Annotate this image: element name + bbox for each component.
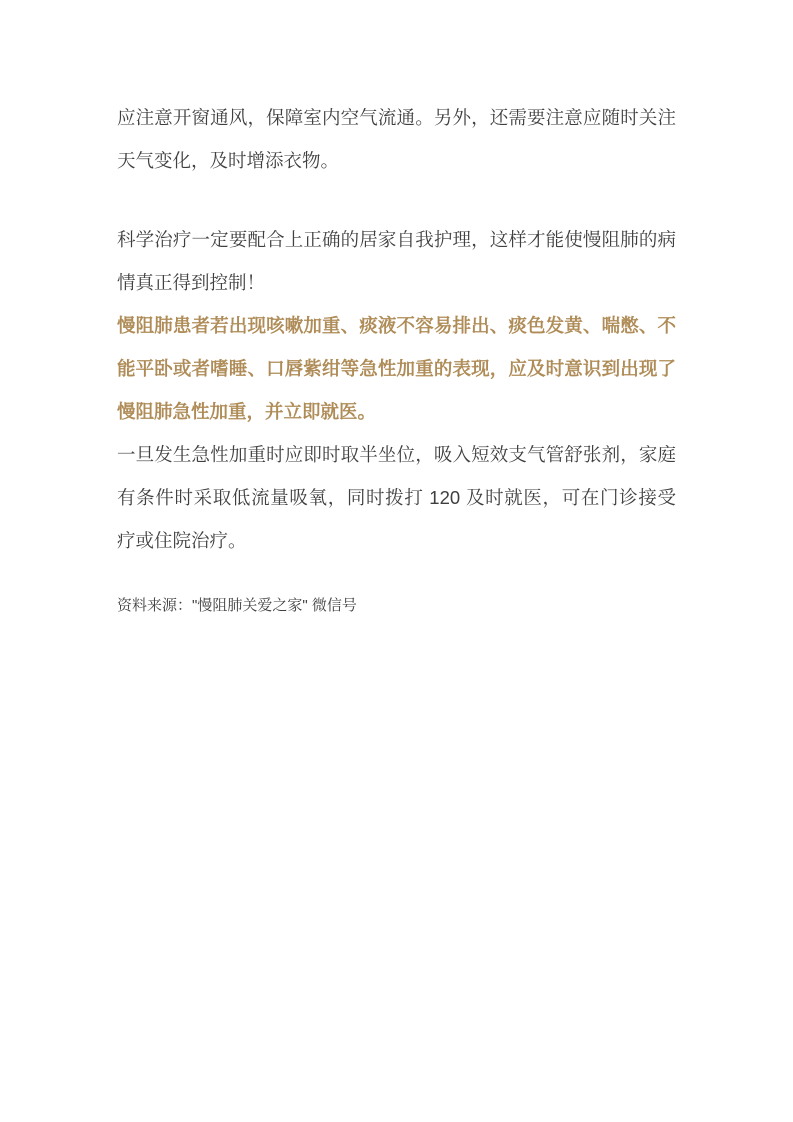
- text-line: 慢阻肺患者若出现咳嗽加重、痰液不容易排出、痰色发黄、喘憋、不: [117, 304, 676, 347]
- text-line: 疗或住院治疗。: [117, 519, 676, 562]
- article-body: 应注意开窗通风，保障室内空气流通。另外，还需要注意应随时关注 天气变化，及时增添…: [117, 96, 676, 617]
- paragraph-emergency-measures: 一旦发生急性加重时应即时取半坐位，吸入短效支气管舒张剂，家庭 有条件时采取低流量…: [117, 433, 676, 562]
- text-line: 天气变化，及时增添衣物。: [117, 139, 676, 182]
- paragraph-ventilation: 应注意开窗通风，保障室内空气流通。另外，还需要注意应随时关注 天气变化，及时增添…: [117, 96, 676, 182]
- paragraph-scientific-treatment: 科学治疗一定要配合上正确的居家自我护理，这样才能使慢阻肺的病 情真正得到控制！: [117, 218, 676, 304]
- source-attribution: 资料来源："慢阻肺关爱之家" 微信号: [117, 595, 676, 617]
- text-line: 有条件时采取低流量吸氧，同时拨打 120 及时就医，可在门诊接受治: [117, 476, 676, 519]
- text-line: 情真正得到控制！: [117, 261, 676, 304]
- text-line: 一旦发生急性加重时应即时取半坐位，吸入短效支气管舒张剂，家庭: [117, 433, 676, 476]
- text-line: 能平卧或者嗜睡、口唇紫绀等急性加重的表现，应及时意识到出现了: [117, 347, 676, 390]
- document-page: 应注意开窗通风，保障室内空气流通。另外，还需要注意应随时关注 天气变化，及时增添…: [0, 0, 793, 1122]
- text-line: 慢阻肺急性加重，并立即就医。: [117, 390, 676, 433]
- text-line: 科学治疗一定要配合上正确的居家自我护理，这样才能使慢阻肺的病: [117, 218, 676, 261]
- paragraph-acute-exacerbation-warning: 慢阻肺患者若出现咳嗽加重、痰液不容易排出、痰色发黄、喘憋、不 能平卧或者嗜睡、口…: [117, 304, 676, 433]
- text-line: 应注意开窗通风，保障室内空气流通。另外，还需要注意应随时关注: [117, 96, 676, 139]
